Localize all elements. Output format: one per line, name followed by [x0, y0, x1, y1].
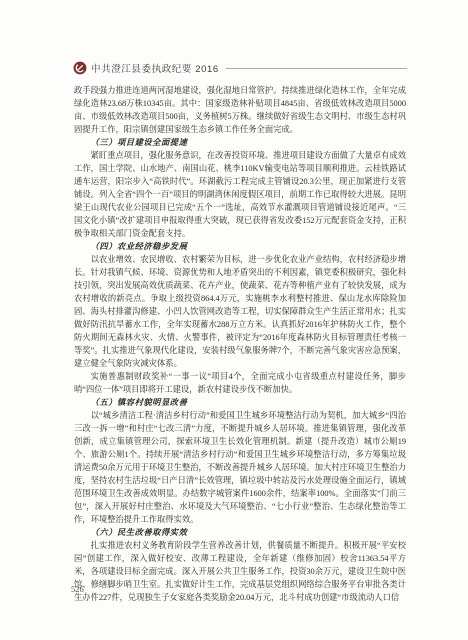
paragraph: 以“城乡清洁工程·清洁乡村行动”和爱国卫生城乡环境整洁行动为契机，加大城乡“四治…: [74, 409, 406, 526]
paragraph-continuation: 政手段强力推进连道两河湿地建设，强化湿地日常管护。持续推进绿化造林工作，全年完成…: [74, 84, 406, 136]
section-heading-4: （四）农业经济稳步发展: [74, 240, 406, 253]
section-heading-6: （六）民生改善取得实效: [74, 526, 406, 539]
document-body: 政手段强力推进连道两河湿地建设，强化湿地日常管护。持续推进绿化造林工作，全年完成…: [74, 84, 406, 604]
section-heading-5: （五）镇容村貌明显改善: [74, 396, 406, 409]
page-header: 中共澄江县委执政纪要 2016: [73, 61, 407, 75]
paragraph: 以农业增效、农民增收、农村繁荣为目标，进一步优化农业产业结构，农村经济稳步增长。…: [74, 253, 406, 370]
paragraph: 紧盯重点项目，强化服务意识，在改善投资环境、推进项目建设方面做了大量卓有成效工作…: [74, 149, 406, 240]
party-emblem-icon: [73, 61, 87, 75]
page-number: 526: [71, 584, 84, 594]
paragraph: 扎实推进农村义务教育阶段学生营养改善计划，供餐质量不断提升。积极开展“平安校园”…: [74, 539, 406, 604]
header-rule: [226, 68, 407, 69]
document-page: 中共澄江县委执政纪要 2016 政手段强力推进连道两河湿地建设，强化湿地日常管护…: [0, 0, 468, 640]
paragraph: 实施普惠制财政奖补“一事一议”项目4个，全面完成小屯省级重点村建设任务，脚步哨“…: [74, 370, 406, 396]
section-heading-3: （三）项目建设全面提速: [74, 136, 406, 149]
header-title: 中共澄江县委执政纪要 2016: [91, 61, 219, 75]
